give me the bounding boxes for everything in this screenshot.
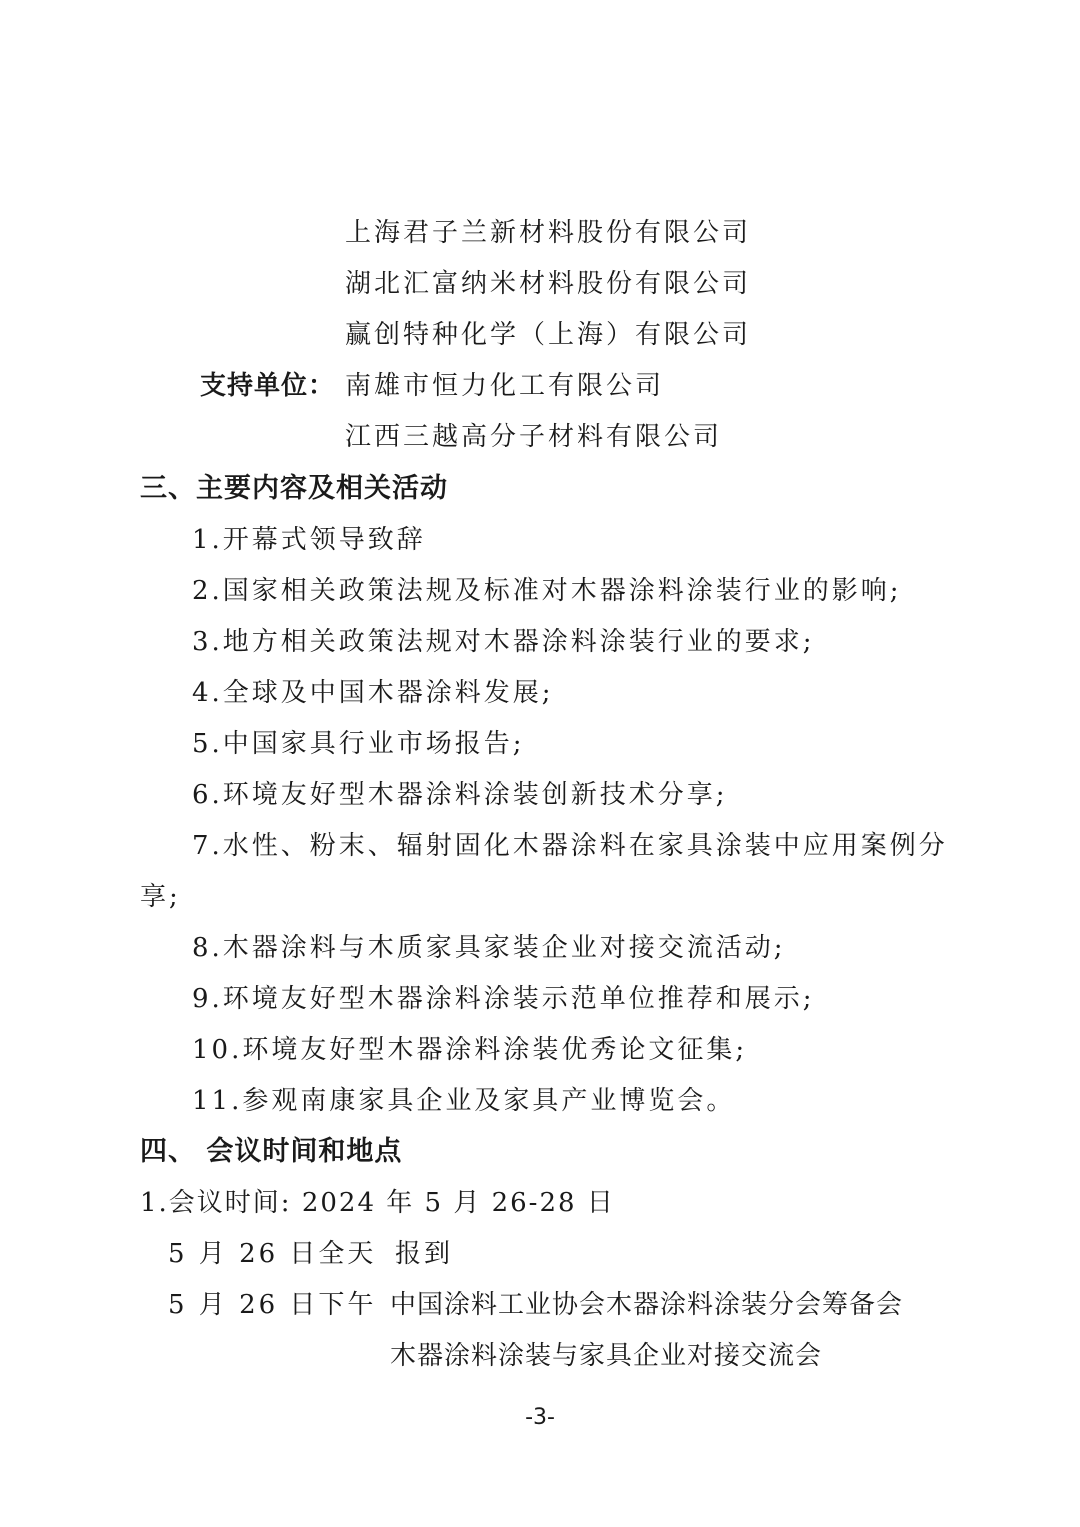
schedule-event: 中国涂料工业协会木器涂料涂装分会筹备会 bbox=[390, 1288, 903, 1322]
support-label: 支持单位： bbox=[200, 369, 335, 403]
schedule-date: 5 月 26 日全天 bbox=[168, 1237, 376, 1271]
list-item: 10.环境友好型木器涂料涂装优秀论文征集; bbox=[192, 1033, 747, 1067]
list-item: 5.中国家具行业市场报告; bbox=[192, 727, 525, 761]
section-3-heading: 三、主要内容及相关活动 bbox=[140, 472, 448, 506]
list-item-continuation: 享; bbox=[140, 880, 181, 914]
list-item: 4.全球及中国木器涂料发展; bbox=[192, 676, 554, 710]
list-item: 1.开幕式领导致辞 bbox=[192, 523, 426, 557]
list-item: 6.环境友好型木器涂料涂装创新技术分享; bbox=[192, 778, 728, 812]
page-number: -3- bbox=[0, 1405, 1080, 1430]
organizer-line: 湖北汇富纳米材料股份有限公司 bbox=[345, 267, 751, 301]
schedule-event: 报到 bbox=[395, 1237, 453, 1271]
meeting-time: 1.会议时间: 2024 年 5 月 26-28 日 bbox=[140, 1186, 615, 1220]
list-item: 7.水性、粉末、辐射固化木器涂料在家具涂装中应用案例分 bbox=[192, 829, 948, 863]
schedule-event: 木器涂料涂装与家具企业对接交流会 bbox=[390, 1339, 822, 1373]
support-unit: 江西三越高分子材料有限公司 bbox=[345, 420, 722, 454]
schedule-date: 5 月 26 日下午 bbox=[168, 1288, 376, 1322]
list-item: 3.地方相关政策法规对木器涂料涂装行业的要求; bbox=[192, 625, 815, 659]
list-item: 9.环境友好型木器涂料涂装示范单位推荐和展示; bbox=[192, 982, 815, 1016]
list-item: 11.参观南康家具企业及家具产业博览会。 bbox=[192, 1084, 735, 1118]
support-unit: 南雄市恒力化工有限公司 bbox=[345, 369, 664, 403]
section-4-heading: 四、 会议时间和地点 bbox=[140, 1135, 402, 1169]
organizer-line: 赢创特种化学（上海）有限公司 bbox=[345, 318, 751, 352]
organizer-line: 上海君子兰新材料股份有限公司 bbox=[345, 216, 751, 250]
list-item: 2.国家相关政策法规及标准对木器涂料涂装行业的影响; bbox=[192, 574, 902, 608]
list-item: 8.木器涂料与木质家具家装企业对接交流活动; bbox=[192, 931, 786, 965]
